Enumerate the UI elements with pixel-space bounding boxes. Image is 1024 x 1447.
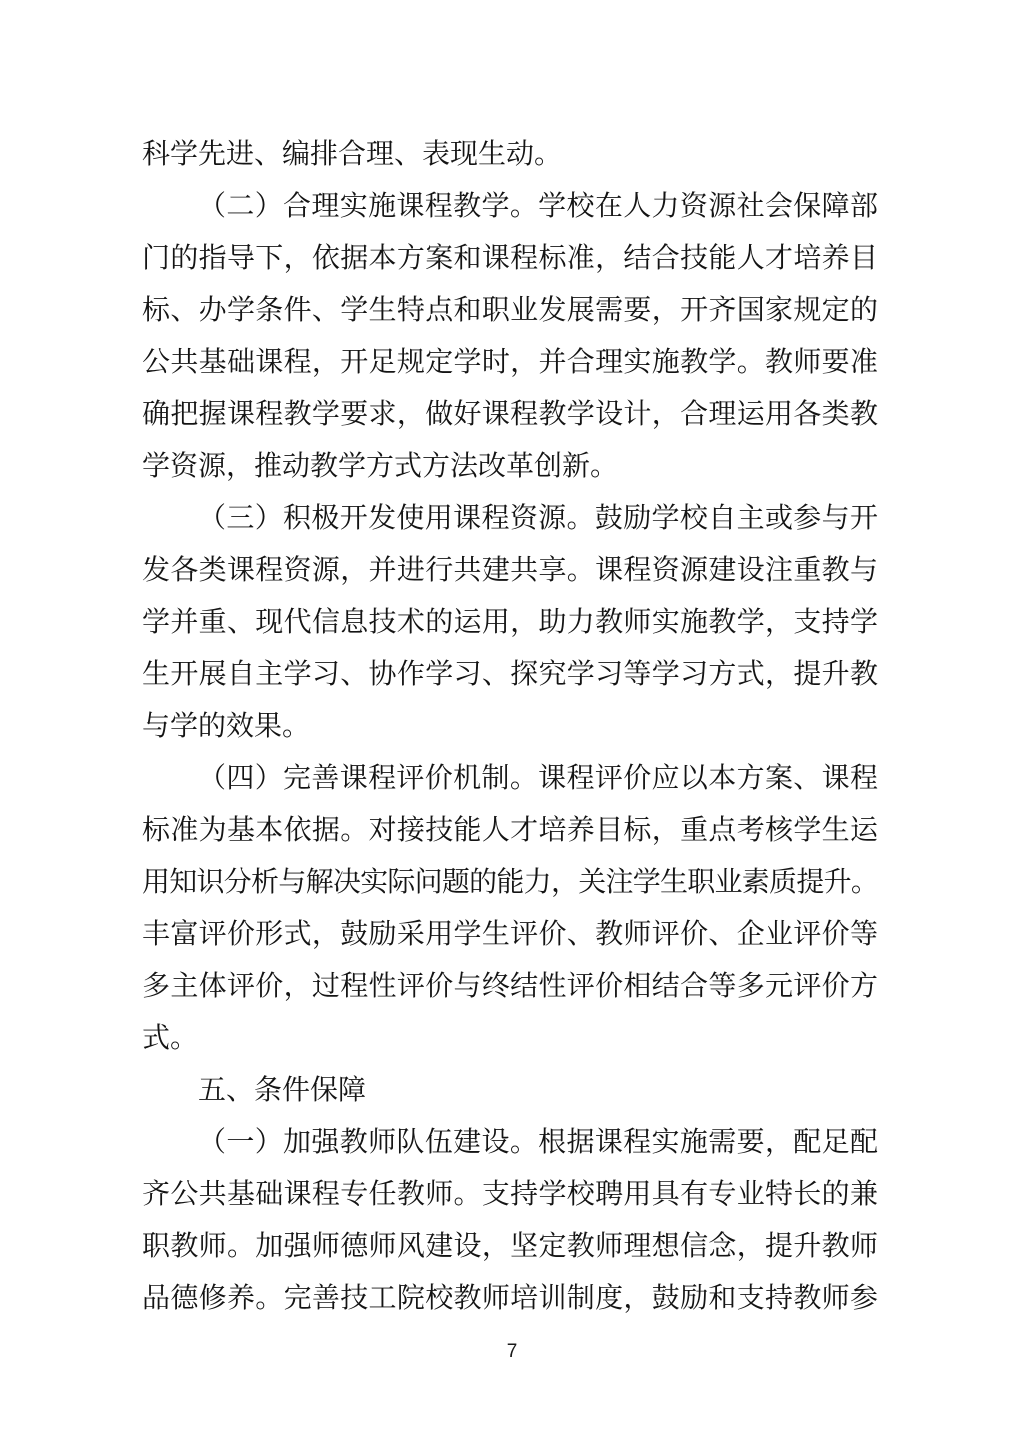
document-line: 与学的效果。 bbox=[142, 700, 878, 752]
document-line: （一）加强教师队伍建设。根据课程实施需要，配足配 bbox=[142, 1116, 878, 1168]
document-line: 式。 bbox=[142, 1012, 878, 1064]
document-line: 学资源，推动教学方式方法改革创新。 bbox=[142, 440, 878, 492]
document-line: （四）完善课程评价机制。课程评价应以本方案、课程 bbox=[142, 752, 878, 804]
document-line: 丰富评价形式，鼓励采用学生评价、教师评价、企业评价等 bbox=[142, 908, 878, 960]
document-line: （二）合理实施课程教学。学校在人力资源社会保障部 bbox=[142, 180, 878, 232]
document-line: 门的指导下，依据本方案和课程标准，结合技能人才培养目 bbox=[142, 232, 878, 284]
document-line: 五、条件保障 bbox=[142, 1064, 878, 1116]
document-line: 标准为基本依据。对接技能人才培养目标，重点考核学生运 bbox=[142, 804, 878, 856]
document-line: 公共基础课程，开足规定学时，并合理实施教学。教师要准 bbox=[142, 336, 878, 388]
document-line: 标、办学条件、学生特点和职业发展需要，开齐国家规定的 bbox=[142, 284, 878, 336]
document-line: 多主体评价，过程性评价与终结性评价相结合等多元评价方 bbox=[142, 960, 878, 1012]
document-page: 科学先进、编排合理、表现生动。（二）合理实施课程教学。学校在人力资源社会保障部门… bbox=[0, 0, 1024, 1447]
document-line: 品德修养。完善技工院校教师培训制度，鼓励和支持教师参 bbox=[142, 1272, 878, 1324]
document-line: （三）积极开发使用课程资源。鼓励学校自主或参与开 bbox=[142, 492, 878, 544]
document-line: 确把握课程教学要求，做好课程教学设计，合理运用各类教 bbox=[142, 388, 878, 440]
document-line: 职教师。加强师德师风建设，坚定教师理想信念，提升教师 bbox=[142, 1220, 878, 1272]
page-number: 7 bbox=[0, 1340, 1024, 1364]
document-line: 用知识分析与解决实际问题的能力，关注学生职业素质提升。 bbox=[142, 856, 878, 908]
document-line: 科学先进、编排合理、表现生动。 bbox=[142, 128, 878, 180]
document-line: 发各类课程资源，并进行共建共享。课程资源建设注重教与 bbox=[142, 544, 878, 596]
document-body: 科学先进、编排合理、表现生动。（二）合理实施课程教学。学校在人力资源社会保障部门… bbox=[142, 128, 878, 1324]
document-line: 学并重、现代信息技术的运用，助力教师实施教学，支持学 bbox=[142, 596, 878, 648]
document-line: 生开展自主学习、协作学习、探究学习等学习方式，提升教 bbox=[142, 648, 878, 700]
document-line: 齐公共基础课程专任教师。支持学校聘用具有专业特长的兼 bbox=[142, 1168, 878, 1220]
